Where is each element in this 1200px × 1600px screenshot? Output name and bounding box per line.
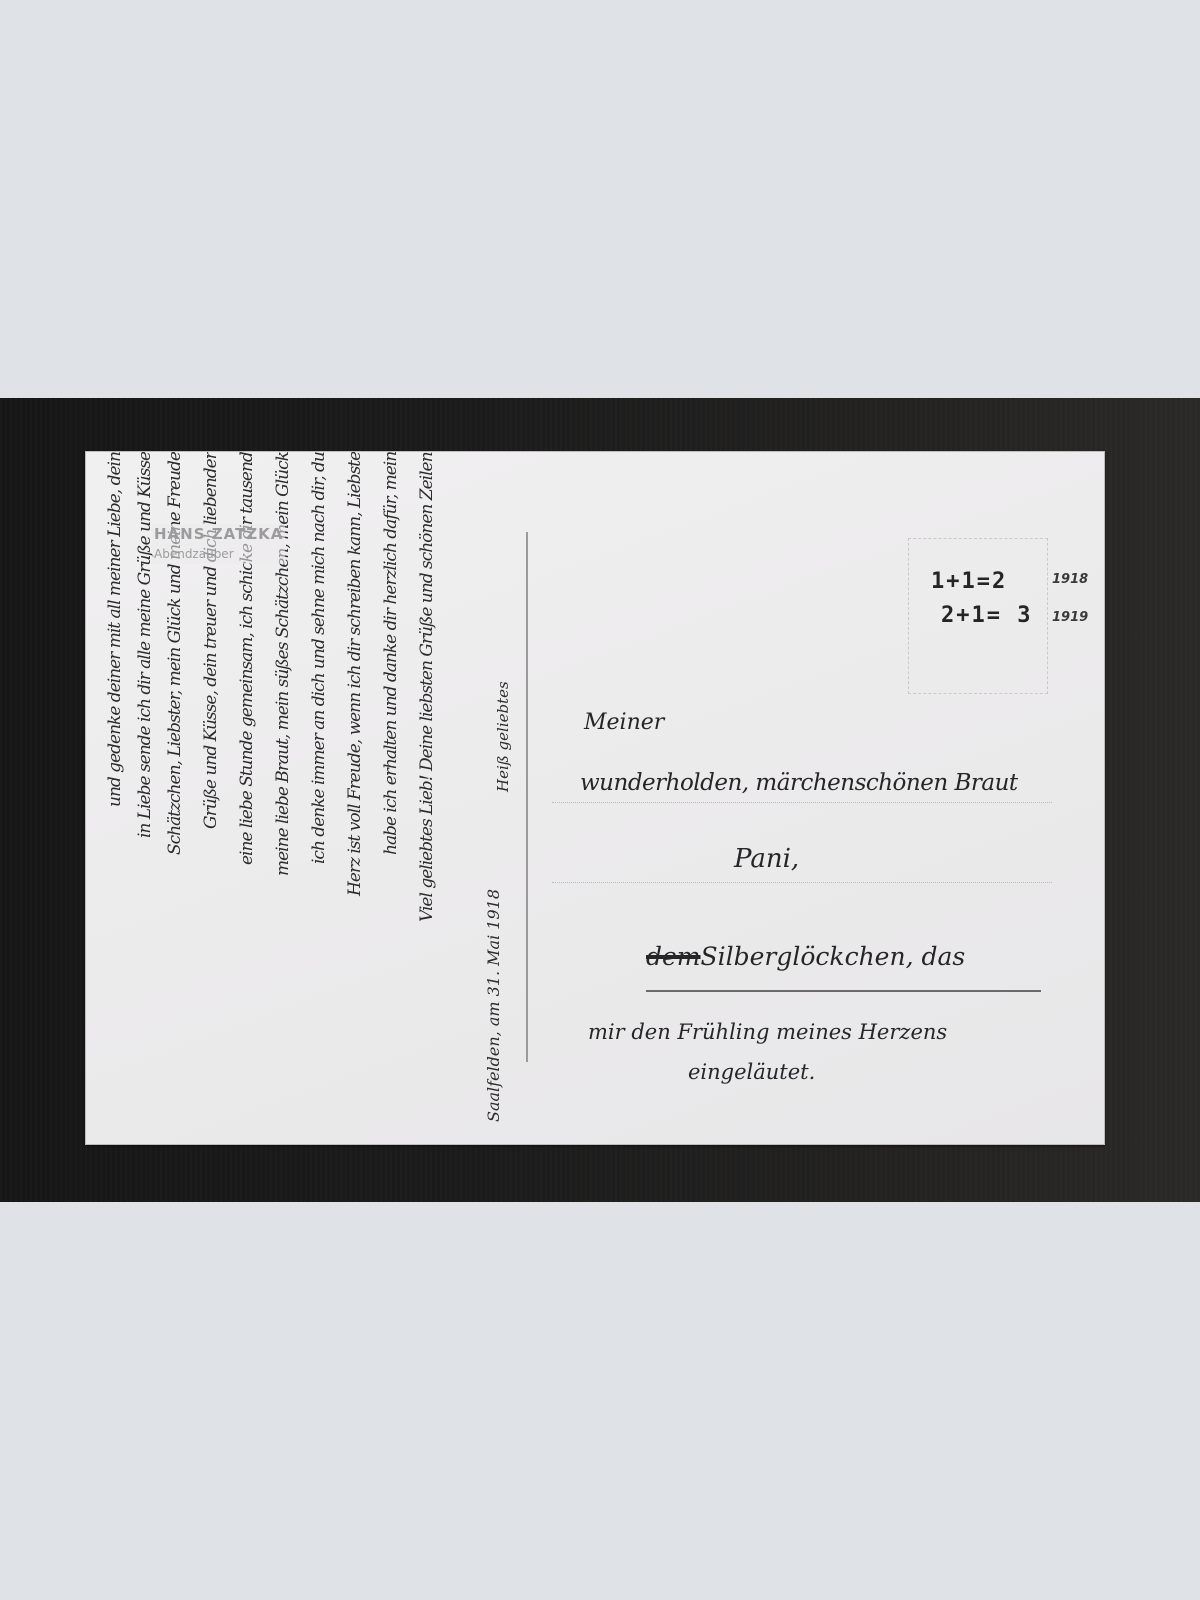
address-dotted-line [552,882,1052,883]
dateline: Saalfelden, am 31. Mai 1918 [484,822,503,1122]
address-line: demSilberglöckchen, das [646,942,965,971]
artist-name: HANS ZATZKA [154,524,283,544]
artwork-title: Abendzauber [154,544,283,564]
postcard-back: und gedenke deiner mit all meiner Liebe,… [86,452,1104,1144]
address-line: Pani, [734,844,799,874]
year-note: 1918 [1052,572,1088,587]
stamp-box: 1+1=2 2+1= 3 [908,538,1048,694]
year-note: 1919 [1052,610,1088,625]
struck-word: dem [646,942,701,971]
greeting-line: Heiß geliebtes [494,681,512,792]
address-line: wunderholden, märchenschönen Braut [580,770,1018,796]
greeting: Heiß geliebtes [491,532,515,792]
printed-artwork-caption: HANS ZATZKA Abendzauber [152,524,285,564]
address-dotted-line [552,802,1052,803]
handwritten-line: habe ich erhalten und danke dir herzlich… [376,452,406,1144]
address-line: mir den Frühling meines Herzens [588,1020,947,1044]
handwritten-line: und gedenke deiner mit all meiner Liebe,… [100,452,130,1144]
address-text: Silberglöckchen, das [701,942,966,971]
handwritten-line: Herz ist voll Freude, wenn ich dir schre… [340,452,370,1144]
address-line: Meiner [584,710,664,735]
address-line: eingeläutet. [688,1060,815,1084]
message-panel: und gedenke deiner mit all meiner Liebe,… [86,452,522,1144]
address-underline [646,990,1041,992]
card-divider-line [526,532,528,1062]
math-note: 2+1= 3 [941,603,1032,628]
math-note: 1+1=2 [931,569,1007,594]
handwritten-line: Viel geliebtes Lieb! Deine liebsten Grüß… [412,452,442,1144]
handwritten-line: ich denke immer an dich und sehne mich n… [304,452,334,1144]
